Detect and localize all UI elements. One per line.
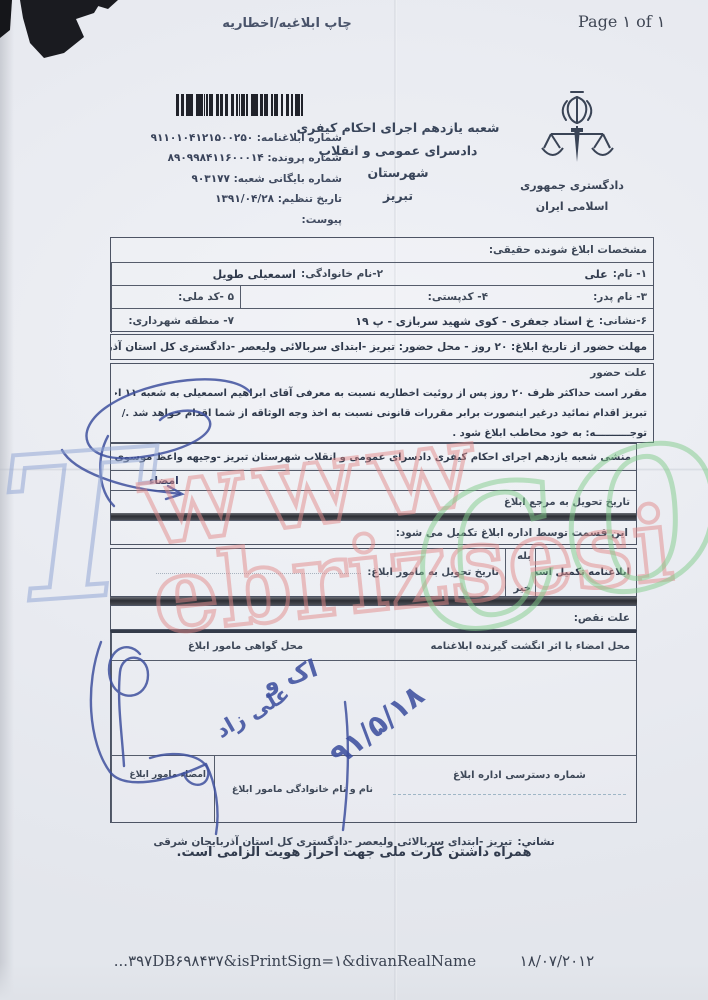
recipient-signature-header-cell: محل امضاء با اثر انگشت گیرنده ابلاغنامه: [379, 633, 636, 660]
office-section-label: این قسمت توسط اداره ابلاغ تکمیل می شود:: [396, 527, 628, 539]
certification-header-row: محل امضاء با اثر انگشت گیرنده ابلاغنامه …: [111, 633, 636, 661]
officer-certify-area: [111, 661, 379, 755]
father-name-label: ۳- نام پدر:: [593, 291, 647, 303]
national-id-cell: ۵ -کد ملی:: [111, 286, 240, 308]
postal-code-cell: ۴- کدپستی:: [240, 286, 494, 308]
separator-bar: [111, 513, 636, 520]
certification-body-row: [111, 661, 636, 755]
clerk-section: منشی شعبه یازدهم اجرای احکام کیفری دادسر…: [110, 443, 637, 545]
meta-line: تاریخ تنظیم: ۱۳۹۱/۰۴/۲۸: [142, 189, 342, 209]
access-number-cell: شماره دسترسی اداره ابلاغ: [379, 756, 636, 823]
name-row: ۱- نام: علی ۲-نام خانوادگی: اسمعیلی طویل: [111, 262, 653, 285]
officer-name-cell: نام و نام خانوادگی مامور ابلاغ: [214, 756, 379, 823]
reason-body-line1: مقرر است حداکثر ظرف ۲۰ روز پس از روئیت ا…: [115, 384, 647, 404]
certification-table: محل امضاء با اثر انگشت گیرنده ابلاغنامه …: [110, 630, 637, 823]
notice-completed-label: ابلاغنامه تکمیل است: [536, 567, 630, 578]
meta-line: شماره ابلاغنامه: ۹۱۱۰۱۰۴۱۲۱۵۰۰۲۵۰: [142, 128, 342, 148]
municipal-district-label: ۷- منطقه شهرداری:: [128, 315, 234, 327]
attachment-label: پیوست:: [302, 214, 342, 226]
clerk-line: منشی شعبه یازدهم اجرای احکام کیفری دادسر…: [115, 452, 631, 463]
municipal-district-cell: ۷- منطقه شهرداری:: [111, 309, 240, 333]
access-number-label: شماره دسترسی اداره ابلاغ: [393, 770, 626, 781]
judiciary-caption-line1: دادگستری جمهوری: [516, 176, 628, 197]
first-name-value: علی: [585, 268, 608, 281]
archive-number-label: شماره بایگانی شعبه:: [234, 173, 342, 185]
judiciary-caption-line2: اسلامی ایران: [516, 197, 628, 218]
meta-line: شماره بایگانی شعبه: ۹۰۳۱۷۷: [142, 169, 342, 189]
page-indicator: Page ۱ of ۱: [578, 12, 665, 31]
deadline-text: مهلت حضور از تاریخ ابلاغ: ۲۰ روز - محل ح…: [110, 341, 647, 353]
issue-date-value: ۱۳۹۱/۰۴/۲۸: [215, 193, 274, 205]
family-name-cell: ۲-نام خانوادگی: اسمعیلی طویل: [111, 263, 389, 285]
deadline-row: مهلت حضور از تاریخ ابلاغ: ۲۰ روز - محل ح…: [110, 334, 654, 360]
recipient-section-title-row: مشخصات ابلاغ شونده حقیقی:: [111, 238, 653, 262]
no-option: خیر: [510, 583, 531, 594]
clerk-line-row: منشی شعبه یازدهم اجرای احکام کیفری دادسر…: [111, 444, 636, 471]
defect-reason-label: علت نقص:: [574, 612, 630, 624]
yes-option: بله: [510, 551, 531, 562]
yes-no-cell: بله خیر: [505, 549, 536, 596]
delivery-to-officer-label: تاریخ تحویل به مامور ابلاغ:: [367, 567, 499, 578]
id-card-notice: همراه داشتن کارت ملی جهت احراز هویت الزا…: [60, 845, 648, 860]
meta-line: پیوست:: [142, 210, 342, 230]
issue-date-label: تاریخ تنظیم:: [278, 193, 342, 205]
reason-body-line2: تبریز اقدام نمائید درغیر اینصورت برابر م…: [115, 404, 647, 424]
defect-reason-row: علت نقص:: [110, 605, 637, 630]
officer-name-label: نام و نام خانوادگی مامور ابلاغ: [232, 784, 373, 795]
father-name-cell: ۳- نام پدر:: [494, 286, 653, 308]
justice-scales-emblem-icon: [540, 88, 614, 174]
clerk-signature-row: امضاء: [111, 471, 636, 491]
recipient-signature-header: محل امضاء با اثر انگشت گیرنده ابلاغنامه: [431, 641, 630, 652]
case-number-label: شماره پرونده:: [267, 152, 342, 164]
delivery-to-authority-label: تاریخ تحویل به مرجع ابلاغ: [504, 497, 630, 508]
separator-bar: [110, 597, 637, 605]
id-row: ۳- نام پدر: ۴- کدپستی: ۵ -کد ملی:: [111, 285, 653, 308]
archive-number-value: ۹۰۳۱۷۷: [191, 173, 229, 185]
torn-corner-artifact: [0, 0, 210, 90]
address-row: ۶-نشانی: خ استاد جعفری - کوی شهید سربازی…: [111, 308, 653, 333]
first-name-label: ۱- نام:: [613, 268, 647, 280]
national-id-label: ۵ -کد ملی:: [178, 291, 234, 303]
officer-certify-header: محل گواهی مامور ابلاغ: [188, 641, 303, 652]
recipient-details-table: مشخصات ابلاغ شونده حقیقی: ۱- نام: علی ۲-…: [110, 237, 654, 332]
document-meta-block: شماره ابلاغنامه: ۹۱۱۰۱۰۴۱۲۱۵۰۰۲۵۰ شماره …: [142, 128, 342, 230]
notice-number-value: ۹۱۱۰۱۰۴۱۲۱۵۰۰۲۵۰: [151, 132, 254, 144]
delivery-to-authority-row: تاریخ تحویل به مرجع ابلاغ: [111, 491, 636, 513]
first-name-cell: ۱- نام: علی: [389, 263, 653, 285]
family-name-label: ۲-نام خانوادگی:: [301, 268, 383, 280]
print-info-line: ...۳۹۷DB۶۹۸۴۳۷&isPrintSign=۱&divanRealNa…: [0, 952, 708, 970]
recipient-section-title: مشخصات ابلاغ شونده حقیقی:: [489, 244, 647, 256]
recipient-signature-area: [379, 661, 636, 755]
reason-title: علت حضور: [115, 367, 647, 384]
print-url-fragment: ...۳۹۷DB۶۹۸۴۳۷&isPrintSign=۱&divanRealNa…: [114, 952, 476, 970]
print-date: ۱۸/۰۷/۲۰۱۲: [520, 952, 595, 970]
certification-footer-row: شماره دسترسی اداره ابلاغ نام و نام خانوا…: [111, 755, 636, 823]
judiciary-caption: دادگستری جمهوری اسلامی ایران: [516, 176, 628, 218]
scanned-notification-document: چاپ ابلاغیه/اخطاریه Page ۱ of ۱ شعبه یاز…: [0, 0, 708, 1000]
officer-signature-label: امضاء مامور ابلاغ: [129, 770, 206, 780]
office-section-header-row: این قسمت توسط اداره ابلاغ تکمیل می شود:: [111, 520, 636, 544]
address-value: خ استاد جعفری - کوی شهید سربازی - پ ۱۹: [355, 315, 593, 328]
case-number-value: ۸۹۰۹۹۸۴۱۱۶۰۰۰۱۴: [168, 152, 264, 164]
meta-line: شماره پرونده: ۸۹۰۹۹۸۴۱۱۶۰۰۰۱۴: [142, 148, 342, 168]
address-label: ۶-نشانی:: [599, 315, 647, 327]
notice-number-label: شماره ابلاغنامه:: [257, 132, 342, 144]
reason-box: علت حضور مقرر است حداکثر ظرف ۲۰ روز پس ا…: [110, 363, 654, 443]
reason-note: توجــــــــــه: به خود محاطب ابلاغ شود .: [115, 424, 647, 444]
notice-completed-row: ابلاغنامه تکمیل است بله خیر تاریخ تحویل …: [110, 548, 637, 597]
officer-certify-header-cell: محل گواهی مامور ابلاغ: [111, 633, 379, 660]
address-cell: ۶-نشانی: خ استاد جعفری - کوی شهید سربازی…: [240, 309, 653, 333]
barcode-icon: [176, 94, 303, 116]
delivery-to-officer-cell: تاریخ تحویل به مامور ابلاغ:: [111, 549, 505, 596]
paper-edge-shadow: [0, 0, 14, 1000]
officer-signature-cell: امضاء مامور ابلاغ: [111, 756, 214, 823]
clerk-signature-label: امضاء: [149, 475, 179, 487]
access-number-line: [393, 793, 626, 795]
postal-code-label: ۴- کدپستی:: [428, 291, 488, 303]
notice-completed-cell: ابلاغنامه تکمیل است: [536, 549, 636, 596]
print-type-label: چاپ ابلاغیه/اخطاریه: [222, 16, 352, 31]
family-name-value: اسمعیلی طویل: [213, 268, 296, 281]
fill-in-line: [156, 572, 361, 574]
